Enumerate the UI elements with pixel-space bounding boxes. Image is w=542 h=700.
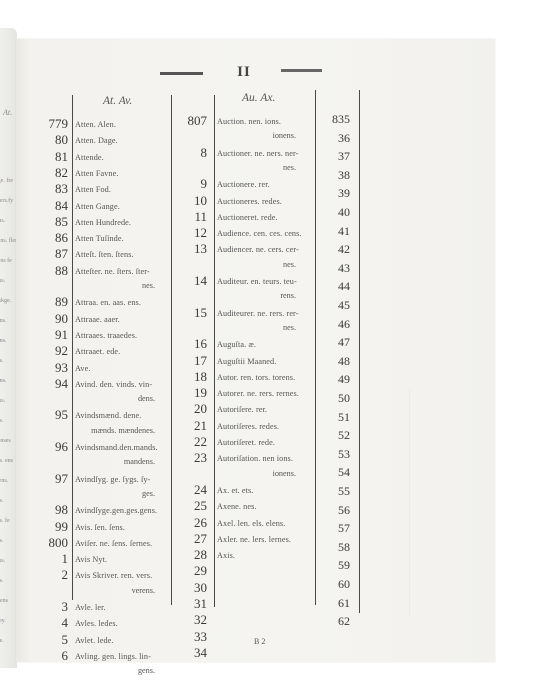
entry-number: 25 xyxy=(194,498,207,514)
column-heading-at-av: At. Av. xyxy=(103,95,132,107)
entry-number: 47 xyxy=(338,335,350,350)
entry-number: 42 xyxy=(338,242,350,257)
entry-number: 50 xyxy=(338,391,350,406)
entry-number: 38 xyxy=(338,168,350,183)
entry-number: 53 xyxy=(338,447,350,462)
entry-text: Atteſter. ne. ſters. ſter- xyxy=(75,267,150,276)
entry-number: 30 xyxy=(194,580,207,596)
entry-text: Autor. ren. tors. torens. xyxy=(217,373,295,382)
facing-page-text-fragment: tens. xyxy=(0,218,5,224)
entry-number: 33 xyxy=(194,629,207,645)
entry-number: 57 xyxy=(338,521,350,536)
entry-text: Atten Tuſinde. xyxy=(75,234,124,243)
entry-text: Axis. xyxy=(217,551,235,560)
entry-number: 80 xyxy=(55,132,68,148)
facing-page-text-fragment: gens. xyxy=(0,338,7,344)
facing-page-edge: At. ftge. fregaers.fytens.flens. flenfle… xyxy=(0,28,17,668)
entry-number: 13 xyxy=(194,241,207,257)
entry-text: Avindſyg. ge. ſygs. ſy- xyxy=(75,475,150,484)
entry-text: Autoriſeret. rede. xyxy=(217,438,275,447)
entry-text: Avles. ledes. xyxy=(75,619,118,628)
entry-continuation: ionens. xyxy=(273,131,296,140)
header-rule-left xyxy=(160,72,203,75)
entry-number: 56 xyxy=(338,503,350,518)
entry-text: Auctioneres. redes. xyxy=(217,197,282,206)
entry-number: 11 xyxy=(194,209,207,225)
entry-number: 61 xyxy=(338,596,350,611)
entry-text: Atteſt. ſten. ſtens. xyxy=(75,250,134,259)
entry-continuation: nes. xyxy=(283,323,296,332)
entry-number: 94 xyxy=(55,376,68,392)
entry-text: Auctioneret. rede. xyxy=(217,213,278,222)
entry-text: Avis Nyt. xyxy=(75,555,107,564)
entry-number: 59 xyxy=(338,558,350,573)
entry-number: 5 xyxy=(62,632,69,648)
entry-number: 9 xyxy=(201,176,208,192)
entry-continuation: mandens. xyxy=(124,457,155,466)
header-rule-right xyxy=(281,69,322,72)
column-rule-1 xyxy=(72,95,73,600)
entry-text: Ax. et. ets. xyxy=(217,486,253,495)
entry-text: Axel. len. els. elens. xyxy=(217,519,285,528)
entry-text: Audiencer. ne. cers. cer- xyxy=(217,245,299,254)
entry-number: 87 xyxy=(55,246,68,262)
facing-page-text-fragment: quens xyxy=(0,598,8,604)
entry-number: 28 xyxy=(194,547,207,563)
entry-text: Auctioner. ne. ners. ner- xyxy=(217,149,298,158)
entry-text: Autoriſation. nen ions. xyxy=(217,454,293,463)
facing-page-text-fragment: nes. fe xyxy=(0,518,10,524)
facing-page-text-fragment: nes. xyxy=(0,358,4,364)
entry-number: 2 xyxy=(62,567,69,583)
entry-text: Auditeurer. ne. rers. rer- xyxy=(217,309,299,318)
entry-text: Attraae. aaer. xyxy=(75,315,120,324)
entry-number: 81 xyxy=(55,149,68,165)
show-through-rule xyxy=(409,388,410,618)
entry-number: 58 xyxy=(338,540,350,555)
entry-number: 18 xyxy=(194,369,207,385)
entry-number: 89 xyxy=(55,294,68,310)
entry-text: Auction. nen. ions. xyxy=(217,117,281,126)
facing-page-text-fragment: flens fe xyxy=(0,258,12,264)
entry-number: 92 xyxy=(55,343,68,359)
entry-number: 32 xyxy=(194,612,207,628)
entry-number: 36 xyxy=(338,131,350,146)
entry-text: Attraaet. ede. xyxy=(75,347,120,356)
facing-page-text-fragment: ens. xyxy=(0,418,4,424)
entry-text: Attende. xyxy=(75,153,104,162)
column-rule-2 xyxy=(171,95,172,605)
entry-continuation: gens. xyxy=(138,666,155,675)
column-heading-au-ax: Au. Ax. xyxy=(242,92,275,104)
entry-text: Axler. ne. lers. lernes. xyxy=(217,535,291,544)
entry-number: 21 xyxy=(194,418,207,434)
entry-number: 26 xyxy=(194,515,207,531)
entry-number: 43 xyxy=(338,261,350,276)
entry-text: Aviſer. ne. ſens. ſernes. xyxy=(75,539,152,548)
facing-page-text-fragment: ens. ens xyxy=(0,458,13,464)
entry-number: 10 xyxy=(194,193,207,209)
entry-number: 800 xyxy=(49,535,69,551)
entry-number: 8 xyxy=(201,145,208,161)
entry-number: 82 xyxy=(55,165,68,181)
entry-number: 55 xyxy=(338,484,350,499)
entry-text: Ave. xyxy=(75,364,90,373)
entry-text: Axene. nes. xyxy=(217,502,257,511)
facing-page-text-fragment: tionses xyxy=(0,438,11,444)
entry-text: Avle. ler. xyxy=(75,603,106,612)
entry-text: Attraaes. traaedes. xyxy=(75,331,137,340)
column-rule-3 xyxy=(214,95,215,607)
entry-continuation: nes. xyxy=(283,260,296,269)
entry-text: Avis. ſen. ſens. xyxy=(75,523,125,532)
facing-page-text-fragment: ftge. fre xyxy=(0,178,13,184)
entry-continuation: ionens. xyxy=(273,469,296,478)
entry-number: 90 xyxy=(55,311,68,327)
entry-number: 22 xyxy=(194,434,207,450)
entry-continuation: verens. xyxy=(132,586,155,595)
entry-number: 60 xyxy=(338,577,350,592)
entry-number: 34 xyxy=(194,645,207,661)
entry-number: 96 xyxy=(55,439,68,455)
entry-number: 4 xyxy=(62,615,69,631)
entry-text: Avling. gen. lings. lin- xyxy=(75,652,151,661)
entry-text: Avis Skriver. ren. vers. xyxy=(75,571,152,580)
entry-continuation: rens. xyxy=(280,291,296,300)
entry-number: 14 xyxy=(194,273,207,289)
facing-page-text-fragment: ens. xyxy=(0,578,4,584)
entry-number: 48 xyxy=(338,354,350,369)
entry-text: Attraa. en. aas. ens. xyxy=(75,298,141,307)
entry-number: 40 xyxy=(338,205,350,220)
entry-number: 95 xyxy=(55,407,68,423)
entry-text: Avindsmænd. dene. xyxy=(75,411,141,420)
entry-number: 12 xyxy=(194,225,207,241)
entry-number: 45 xyxy=(338,298,350,313)
entry-number: 41 xyxy=(338,224,350,239)
entry-number: 83 xyxy=(55,181,68,197)
entry-number: 17 xyxy=(194,353,207,369)
entry-continuation: dens. xyxy=(138,394,155,403)
entry-number: 62 xyxy=(338,614,350,629)
entry-text: Auguſtii Maaned. xyxy=(217,357,276,366)
facing-page-text-fragment: dens. xyxy=(0,378,7,384)
entry-number: 15 xyxy=(194,305,207,321)
facing-page-text-fragment: tens. xyxy=(0,398,5,404)
entry-number: 91 xyxy=(55,327,68,343)
entry-number: 88 xyxy=(55,263,68,279)
entry-text: Autoriſere. rer. xyxy=(217,405,267,414)
entry-number: 86 xyxy=(55,230,68,246)
signature-mark: B 2 xyxy=(254,637,265,646)
entry-number: 6 xyxy=(62,648,69,664)
column-rule-4 xyxy=(315,90,316,605)
entry-number: 31 xyxy=(194,596,207,612)
entry-number: 835 xyxy=(332,112,350,127)
entry-continuation: nes. xyxy=(283,163,296,172)
entry-number: 29 xyxy=(194,563,207,579)
entry-text: Atten. Dage. xyxy=(75,136,118,145)
entry-number: 51 xyxy=(338,410,350,425)
entry-continuation: nes. xyxy=(142,281,155,290)
entry-text: Atten Hundrede. xyxy=(75,218,131,227)
entry-number: 16 xyxy=(194,336,207,352)
entry-number: 99 xyxy=(55,519,68,535)
facing-page-text-fragment: lens. xyxy=(0,558,5,564)
entry-number: 27 xyxy=(194,531,207,547)
entry-text: Avind. den. vinds. vin- xyxy=(75,380,152,389)
entry-number: 20 xyxy=(194,401,207,417)
facing-page-text-fragment: mens. xyxy=(0,478,8,484)
entry-number: 37 xyxy=(338,149,350,164)
facing-page-text-fragment: tens. xyxy=(0,278,5,284)
entry-number: 97 xyxy=(55,471,68,487)
entry-number: 3 xyxy=(62,599,69,615)
facing-page-text-fragment: viskge. xyxy=(0,298,11,304)
entry-number: 23 xyxy=(194,450,207,466)
entry-number: 44 xyxy=(338,279,350,294)
facing-page-text-fragment: gaers.fy xyxy=(0,198,13,204)
entry-number: 24 xyxy=(194,482,207,498)
facing-page-text-fragment: flens. flen xyxy=(0,238,17,244)
entry-text: Atten Favne. xyxy=(75,169,119,178)
entry-number: 52 xyxy=(338,428,350,443)
facing-page-text-fragment: gens. xyxy=(0,318,7,324)
entry-continuation: mænds. mændenes. xyxy=(91,426,155,435)
entry-text: Atten Fod. xyxy=(75,185,111,194)
entry-number: 46 xyxy=(338,317,350,332)
entry-text: Auguſta. æ. xyxy=(217,340,256,349)
facing-page-heading: At. xyxy=(3,108,12,117)
entry-text: Auditeur. en. teurs. teu- xyxy=(217,277,297,286)
entry-number: 19 xyxy=(194,385,207,401)
entry-text: Autorer. ne. rers. rernes. xyxy=(217,389,299,398)
entry-text: Avindsmand.den.mands. xyxy=(75,443,158,452)
entry-text: Avlet. lede. xyxy=(75,636,114,645)
page-number: II xyxy=(224,64,264,81)
entry-text: Autoriſeres. redes. xyxy=(217,422,279,431)
facing-page-text-fragment: ens. xyxy=(0,538,4,544)
facing-page-text-fragment: ploy. xyxy=(0,618,6,624)
facing-page-text-fragment: ens. xyxy=(0,498,4,504)
entry-number: 54 xyxy=(338,465,350,480)
entry-number: 1 xyxy=(62,551,69,567)
entry-number: 98 xyxy=(55,502,68,518)
entry-text: Audience. cen. ces. cens. xyxy=(217,229,302,238)
facing-page-text-fragment: ede. xyxy=(0,638,4,644)
entry-number: 807 xyxy=(188,113,208,129)
entry-number: 39 xyxy=(338,186,350,201)
entry-continuation: ges. xyxy=(142,489,155,498)
entry-number: 93 xyxy=(55,360,68,376)
entry-number: 49 xyxy=(338,372,350,387)
entry-number: 85 xyxy=(55,214,68,230)
entry-text: Atten. Alen. xyxy=(75,120,116,129)
entry-text: Avindſyge.gen.ges.gens. xyxy=(75,506,157,515)
entry-text: Atten Gange. xyxy=(75,202,120,211)
entry-text: Auctionere. rer. xyxy=(217,180,270,189)
entry-number: 779 xyxy=(49,116,69,132)
entry-number: 84 xyxy=(55,198,68,214)
column-rule-5 xyxy=(359,90,360,613)
